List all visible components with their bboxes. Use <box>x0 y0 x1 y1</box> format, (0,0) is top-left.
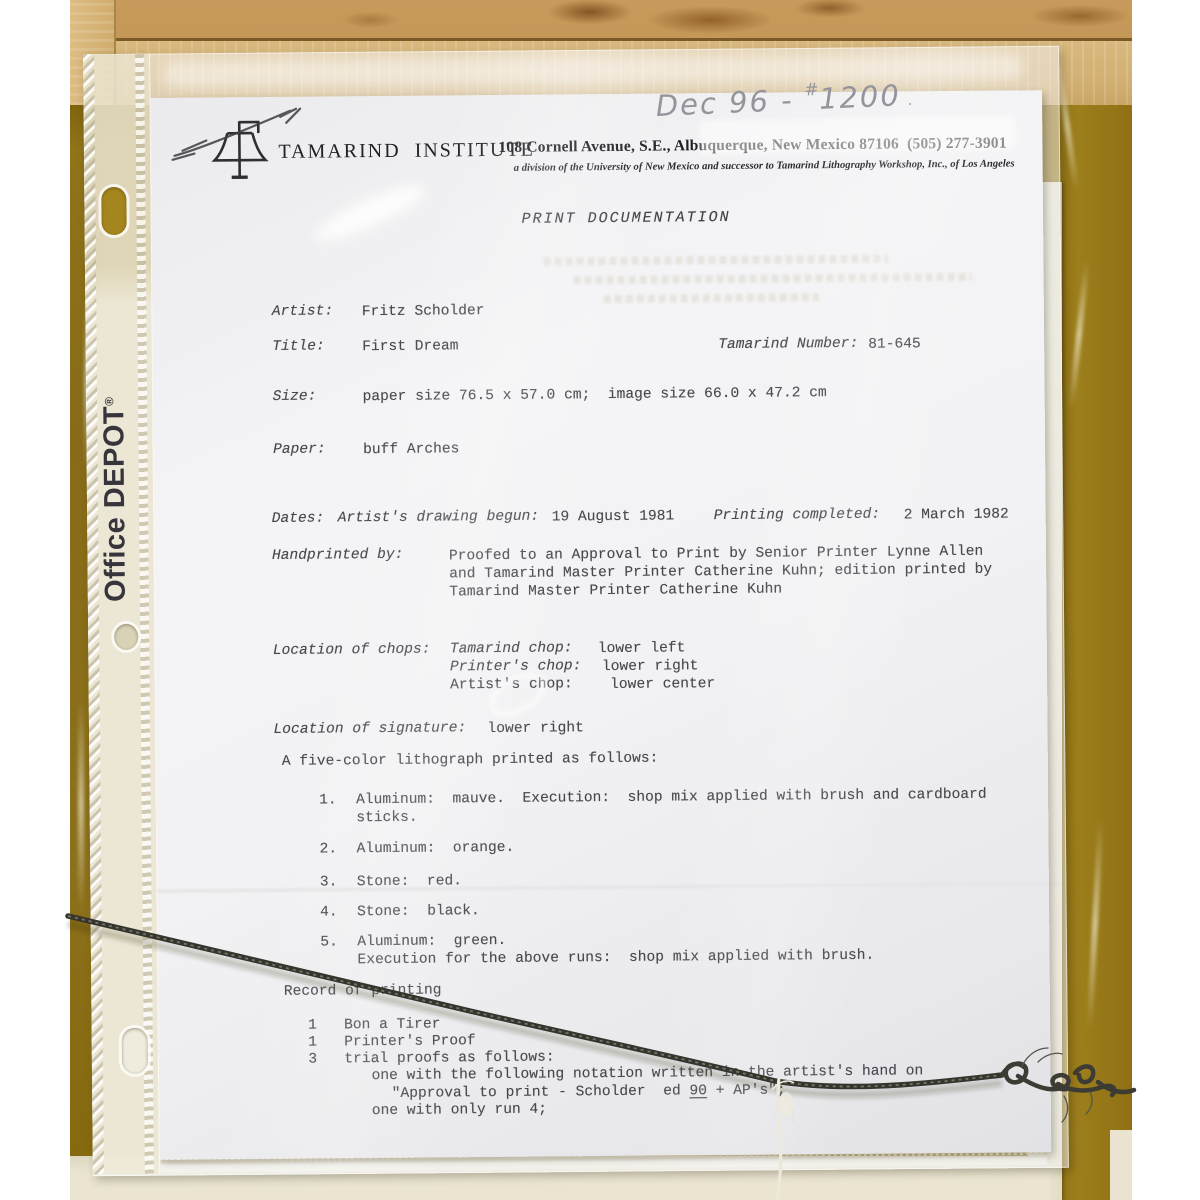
photo-scene: TAMARIND INSTITUTE 108 Cornell Avenue, S… <box>0 0 1200 1200</box>
white-thread <box>777 1078 781 1200</box>
picture-hanging-wire <box>0 0 1200 1200</box>
